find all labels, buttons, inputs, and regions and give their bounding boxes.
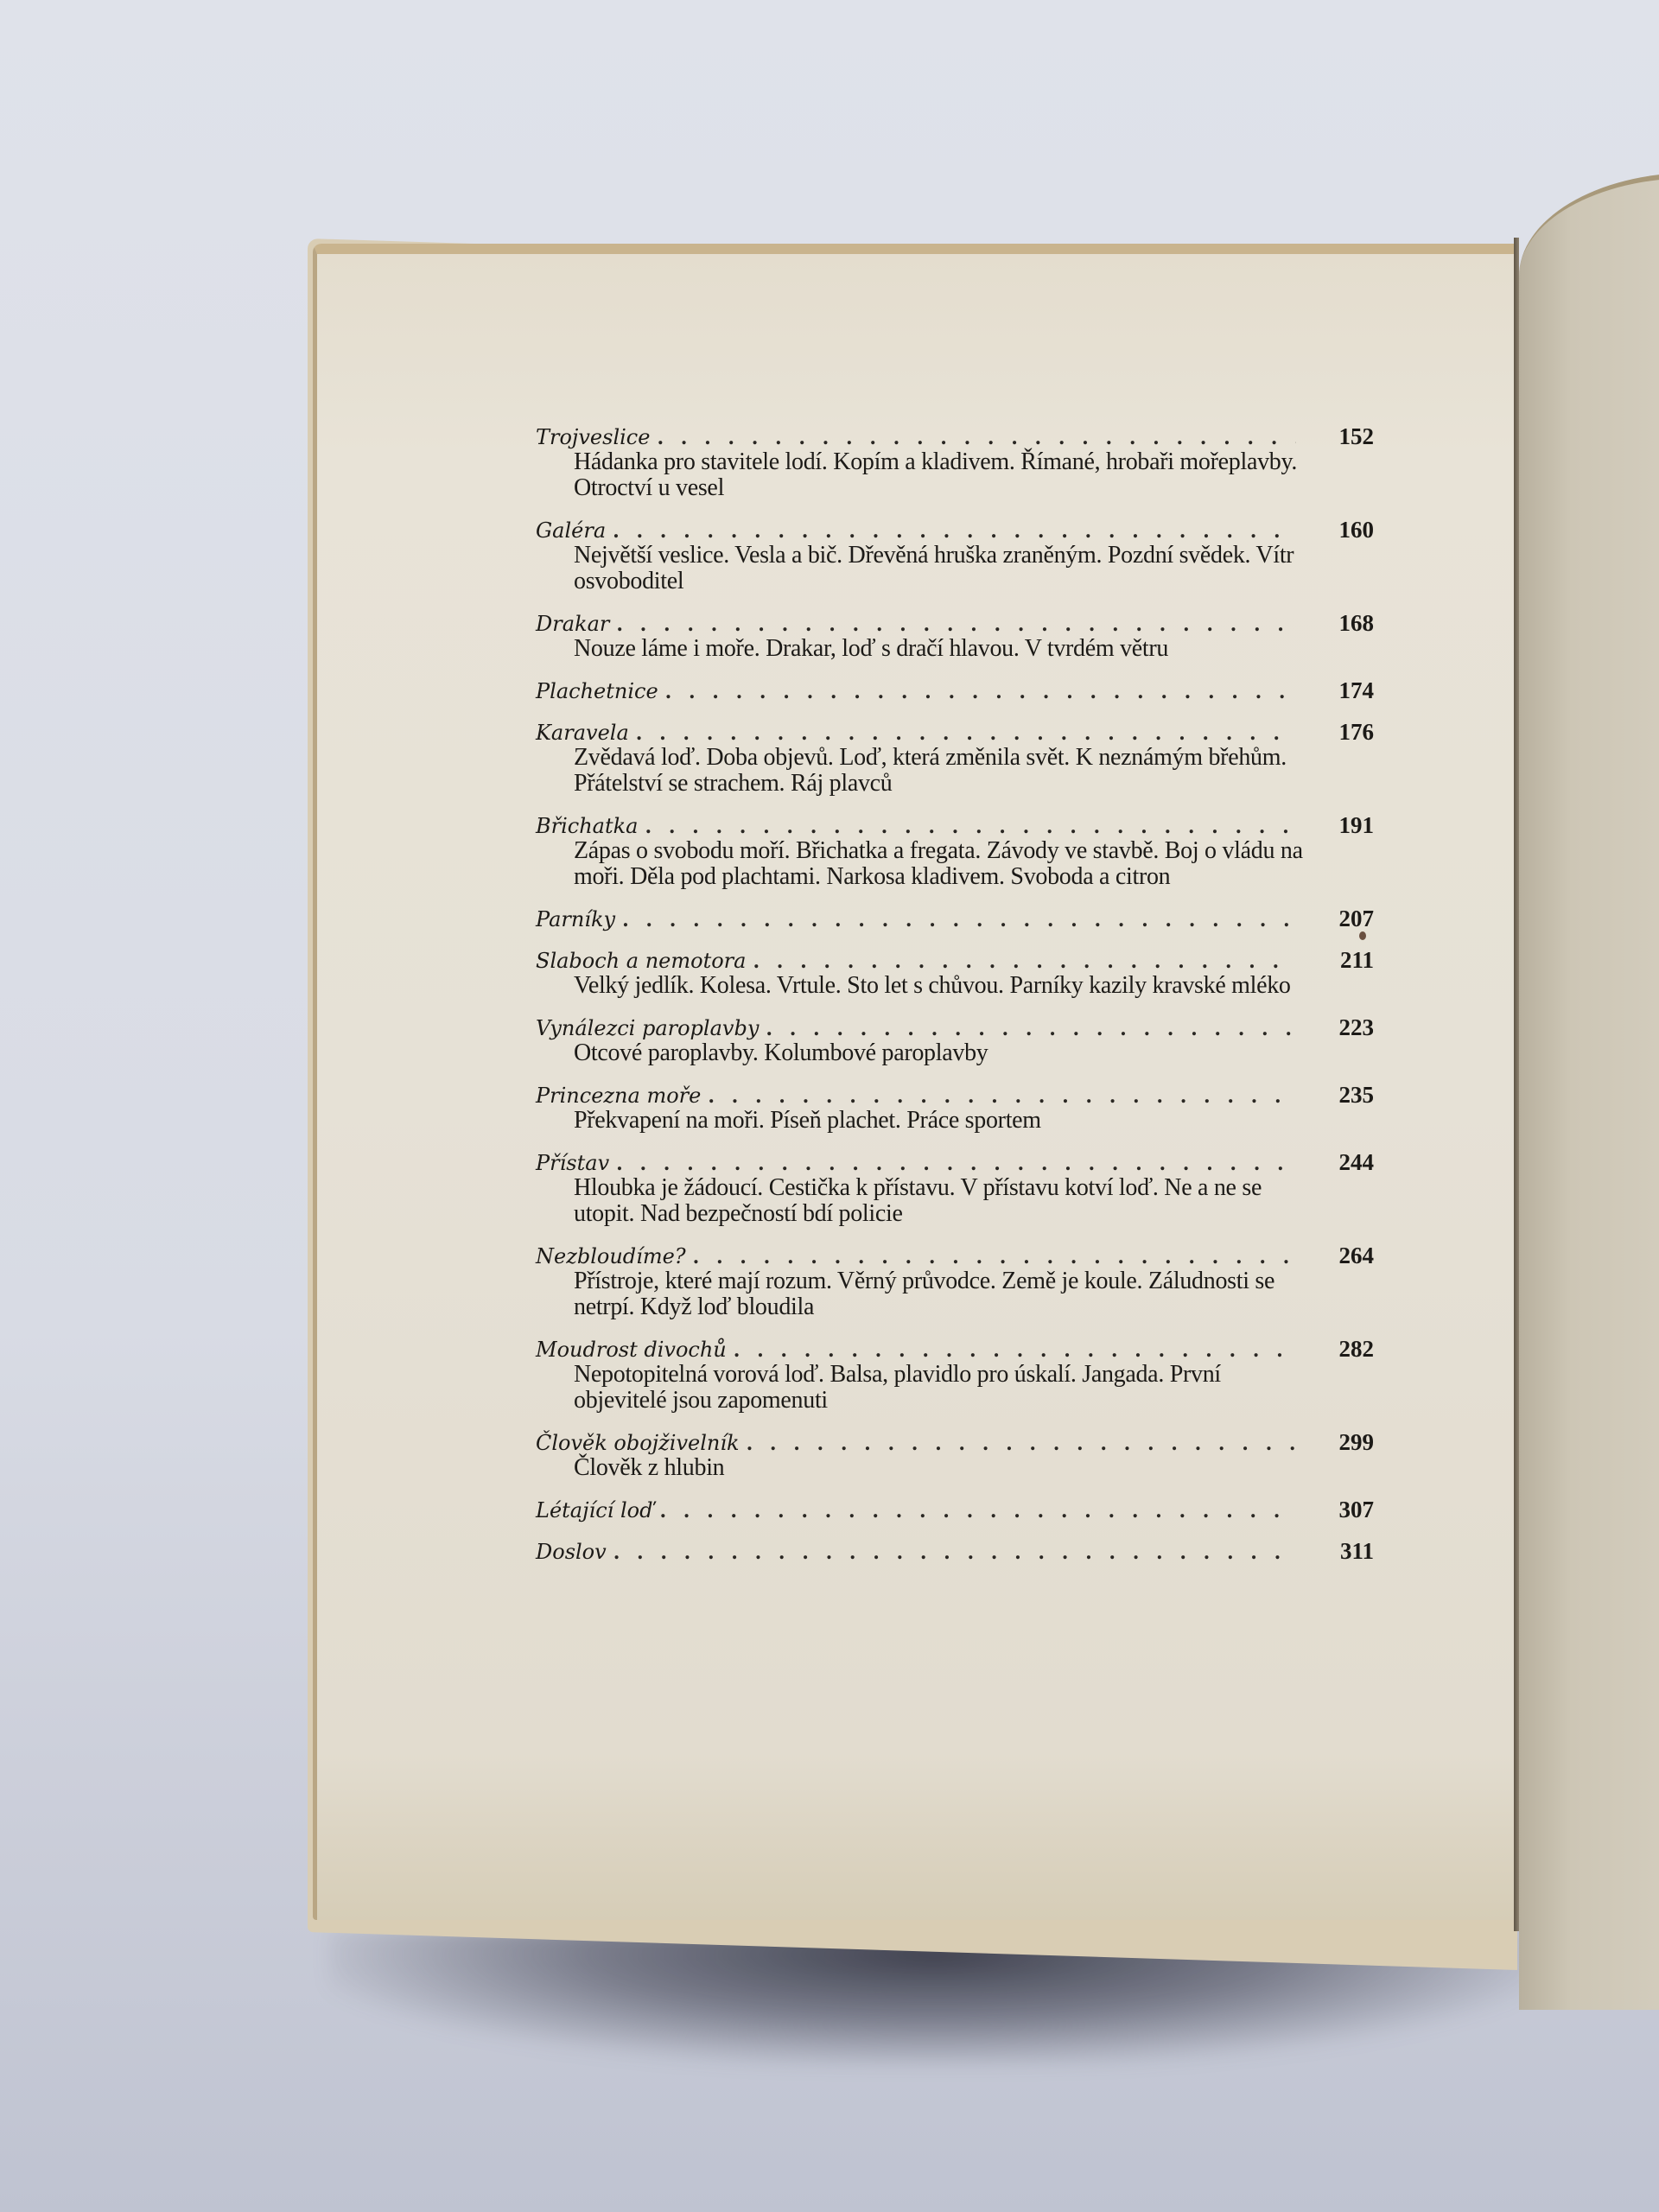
chapter-title: Vynálezci paroplavby bbox=[536, 1015, 766, 1041]
toc-entry: Doslov 311 bbox=[536, 1538, 1374, 1564]
page-number: 152 bbox=[1296, 423, 1374, 449]
page-number: 299 bbox=[1296, 1429, 1374, 1455]
dot-leader bbox=[766, 1016, 1296, 1042]
toc-entry: Trojveslice 152 Hádanka pro stavitele lo… bbox=[536, 423, 1374, 501]
chapter-subtitle: Hádanka pro stavitele lodí. Kopím a klad… bbox=[536, 449, 1374, 501]
dot-leader bbox=[734, 1338, 1296, 1363]
chapter-subtitle: Zápas o svobodu moří. Břichatka a fregat… bbox=[536, 838, 1374, 890]
chapter-subtitle: Největší veslice. Vesla a bič. Dřevěná h… bbox=[536, 543, 1374, 594]
page-number: 176 bbox=[1296, 719, 1374, 745]
chapter-subtitle: Nouze láme i moře. Drakar, loď s dračí h… bbox=[536, 636, 1374, 662]
chapter-subtitle: Hloubka je žádoucí. Cestička k přístavu.… bbox=[536, 1175, 1374, 1227]
toc-entry: Vynálezci paroplavby 223 Otcové paroplav… bbox=[536, 1014, 1374, 1066]
page-number: 211 bbox=[1296, 947, 1374, 973]
page-number: 264 bbox=[1296, 1243, 1374, 1268]
chapter-title: Nezbloudíme? bbox=[536, 1243, 693, 1269]
chapter-title: Přístav bbox=[536, 1150, 616, 1176]
chapter-title: Plachetnice bbox=[536, 678, 665, 704]
chapter-title: Moudrost divochů bbox=[536, 1337, 734, 1363]
dot-leader bbox=[659, 1498, 1296, 1524]
page-number: 207 bbox=[1296, 906, 1374, 931]
page-number: 235 bbox=[1296, 1082, 1374, 1108]
chapter-subtitle: Člověk z hlubin bbox=[536, 1455, 1374, 1481]
chapter-subtitle: Velký jedlík. Kolesa. Vrtule. Sto let s … bbox=[536, 973, 1374, 999]
page-number: 191 bbox=[1296, 812, 1374, 838]
dot-leader bbox=[693, 1244, 1296, 1270]
page-number: 282 bbox=[1296, 1336, 1374, 1362]
chapter-title: Galéra bbox=[536, 518, 613, 543]
dot-leader bbox=[636, 721, 1296, 747]
page-number: 223 bbox=[1296, 1014, 1374, 1040]
toc-entry: Drakar 168 Nouze láme i moře. Drakar, lo… bbox=[536, 610, 1374, 662]
dot-leader bbox=[622, 907, 1296, 933]
chapter-title: Člověk obojživelník bbox=[536, 1430, 747, 1456]
chapter-subtitle: Zvědavá loď. Doba objevů. Loď, která změ… bbox=[536, 745, 1374, 797]
toc-entry: Galéra 160 Největší veslice. Vesla a bič… bbox=[536, 517, 1374, 594]
toc-entry: Přístav 244 Hloubka je žádoucí. Cestička… bbox=[536, 1149, 1374, 1227]
chapter-title: Slaboch a nemotora bbox=[536, 948, 753, 974]
page-number: 174 bbox=[1296, 677, 1374, 703]
chapter-subtitle: Nepotopitelná vorová loď. Balsa, plavidl… bbox=[536, 1362, 1374, 1414]
right-page-edge bbox=[1519, 173, 1659, 2010]
chapter-title: Karavela bbox=[536, 720, 636, 746]
dot-leader bbox=[645, 814, 1297, 840]
toc-entry: Parníky 207 bbox=[536, 906, 1374, 931]
dot-leader bbox=[657, 425, 1296, 451]
chapter-subtitle: Přístroje, které mají rozum. Věrný průvo… bbox=[536, 1268, 1374, 1320]
dot-leader bbox=[753, 949, 1296, 975]
table-of-contents: Trojveslice 152 Hádanka pro stavitele lo… bbox=[536, 423, 1374, 1580]
chapter-title: Břichatka bbox=[536, 813, 645, 839]
page-number: 311 bbox=[1296, 1538, 1374, 1564]
dot-leader bbox=[616, 612, 1296, 638]
page-number: 307 bbox=[1296, 1497, 1374, 1522]
page-number: 168 bbox=[1296, 610, 1374, 636]
chapter-title: Drakar bbox=[536, 611, 616, 637]
chapter-title: Princezna moře bbox=[536, 1083, 708, 1109]
toc-entry: Létající loď 307 bbox=[536, 1497, 1374, 1522]
chapter-title: Létající loď bbox=[536, 1497, 659, 1523]
chapter-title: Trojveslice bbox=[536, 424, 657, 450]
toc-entry: Nezbloudíme? 264 Přístroje, které mají r… bbox=[536, 1243, 1374, 1320]
chapter-title: Parníky bbox=[536, 906, 622, 932]
page-number: 160 bbox=[1296, 517, 1374, 543]
dot-leader bbox=[708, 1084, 1296, 1109]
chapter-title: Doslov bbox=[536, 1539, 613, 1565]
dot-leader bbox=[616, 1151, 1296, 1177]
dot-leader bbox=[665, 679, 1296, 705]
toc-entry: Plachetnice 174 bbox=[536, 677, 1374, 703]
toc-entry: Princezna moře 235 Překvapení na moři. P… bbox=[536, 1082, 1374, 1134]
dot-leader bbox=[613, 1540, 1296, 1566]
chapter-subtitle: Otcové paroplavby. Kolumbové paroplavby bbox=[536, 1040, 1374, 1066]
chapter-subtitle: Překvapení na moři. Píseň plachet. Práce… bbox=[536, 1108, 1374, 1134]
page-number: 244 bbox=[1296, 1149, 1374, 1175]
ink-smudge bbox=[1359, 931, 1366, 940]
toc-entry: Karavela 176 Zvědavá loď. Doba objevů. L… bbox=[536, 719, 1374, 797]
toc-entry: Moudrost divochů 282 Nepotopitelná vorov… bbox=[536, 1336, 1374, 1414]
toc-entry: Slaboch a nemotora 211 Velký jedlík. Kol… bbox=[536, 947, 1374, 999]
book-gutter bbox=[1514, 238, 1519, 1931]
toc-entry: Člověk obojživelník 299 Člověk z hlubin bbox=[536, 1429, 1374, 1481]
toc-entry: Břichatka 191 Zápas o svobodu moří. Břic… bbox=[536, 812, 1374, 890]
dot-leader bbox=[747, 1431, 1296, 1457]
dot-leader bbox=[613, 518, 1296, 544]
